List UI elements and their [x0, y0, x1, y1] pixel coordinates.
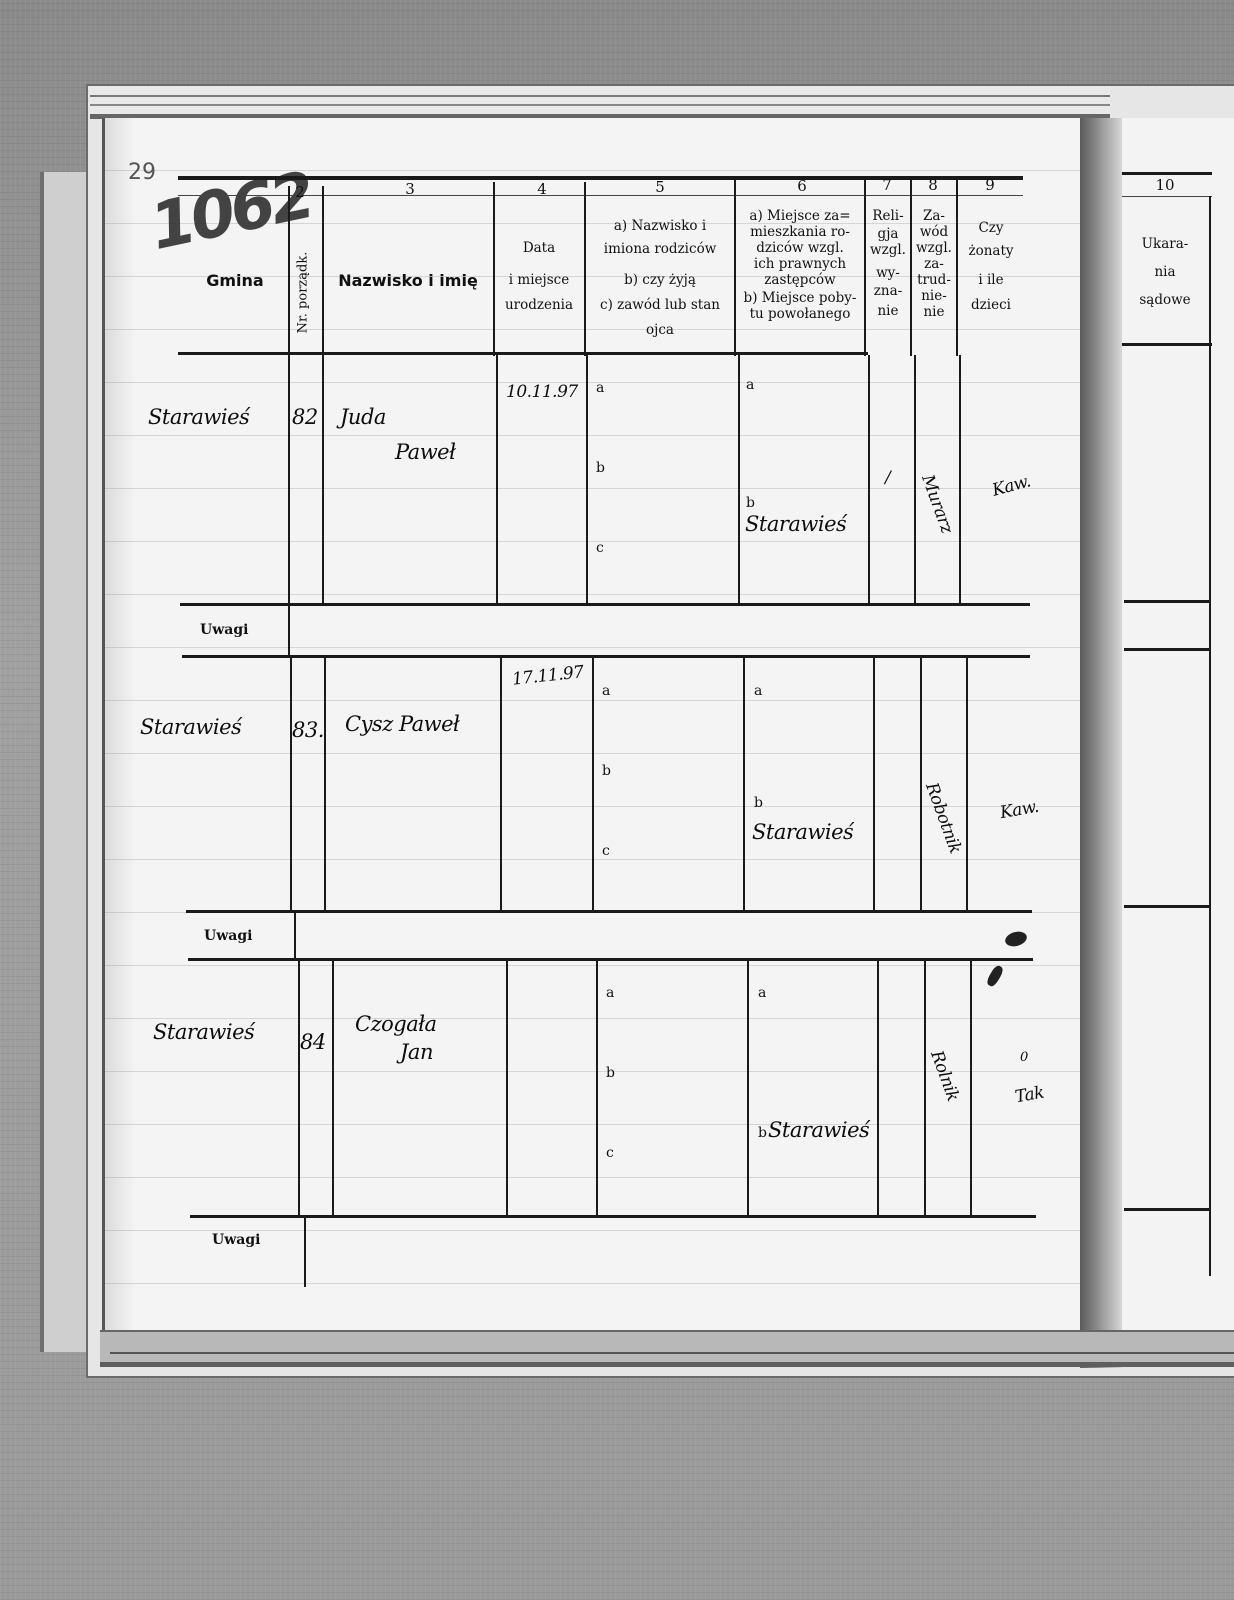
entry-name-line1: Czogała [355, 1012, 437, 1036]
book-bottom-edge [100, 1330, 1234, 1367]
header-col6-a5: zastępców [737, 272, 863, 289]
col10-right-rule [1209, 196, 1211, 1276]
row-rule [324, 658, 326, 910]
row-rule [500, 658, 502, 910]
remarks-divider [294, 912, 296, 960]
sub-label-c: c [602, 843, 610, 859]
row-rule [747, 961, 749, 1216]
header-nr-porzadkowy: Nr. porządk. [296, 238, 311, 348]
page-bottom-rule [110, 1352, 1234, 1354]
sub-label-a: a [606, 985, 614, 1001]
column-number-6: 6 [782, 177, 822, 195]
entry-residence-b: Starawieś [745, 512, 846, 536]
row-rule [586, 355, 588, 605]
remarks-field-84 [310, 1222, 1030, 1272]
entry-residence-b: Starawieś [752, 820, 853, 844]
residence-label-a: a [754, 683, 762, 699]
entry-name-line2: Jan [400, 1040, 433, 1064]
entry-name-line1: Juda [340, 405, 386, 429]
entry-bottom-rule [186, 910, 1032, 913]
col10-bottom-rule [1122, 343, 1212, 346]
entry-bottom-rule [180, 603, 1030, 606]
header-col9-4: dzieci [958, 297, 1024, 314]
entry-name-line1: Cysz Paweł [345, 712, 459, 736]
header-col-rule [734, 180, 736, 356]
entry-birth-date: 10.11.97 [506, 382, 578, 402]
book-top-edge [90, 86, 1110, 119]
remarks-label: Uwagi [204, 928, 252, 944]
entry-gmina: Starawieś [148, 405, 249, 429]
header-col6-b1: b) Miejsce poby- [737, 290, 863, 307]
col10-top-rule [1122, 172, 1212, 175]
header-col10-3: sądowe [1125, 292, 1205, 309]
col10-number-rule [1122, 196, 1212, 197]
residence-label-b: b [754, 795, 763, 811]
column-number-5: 5 [640, 178, 680, 196]
header-col10-2: nia [1125, 264, 1205, 281]
remarks-label: Uwagi [212, 1232, 260, 1248]
header-col5-a2: imiona rodziców [587, 241, 733, 258]
header-data-line1: Data [496, 240, 582, 257]
header-data-line2: i miejsce [496, 272, 582, 289]
header-col7-1: Reli- [866, 208, 910, 225]
header-col8-7: nie [912, 304, 956, 321]
entry-gmina: Starawieś [140, 715, 241, 739]
row-rule [966, 658, 968, 910]
header-col-rule [584, 182, 586, 356]
header-col-rule [322, 186, 324, 356]
row-rule [288, 355, 290, 605]
row-rule [877, 961, 879, 1216]
header-col-rule [288, 186, 290, 356]
header-col6-a1: a) Miejsce za= [737, 208, 863, 225]
header-col-rule [956, 180, 958, 356]
header-col5-a: a) Nazwisko i [587, 218, 733, 235]
column-number-3: 3 [390, 180, 430, 198]
header-col8-5: trud- [912, 272, 956, 289]
entry-nr: 84 [300, 1030, 326, 1054]
entry-name-line2: Paweł [395, 440, 455, 464]
column-number-4: 4 [522, 180, 562, 198]
header-col5-c2: ojca [587, 322, 733, 339]
residence-label-a: a [746, 377, 754, 393]
header-col6-a4: ich prawnych [737, 256, 863, 273]
header-col9-1: Czy [958, 220, 1024, 237]
row-rule [496, 355, 498, 605]
column-number-2: 2 [280, 183, 320, 201]
header-col5-c: c) zawód lub stan [587, 297, 733, 314]
row-rule [298, 961, 300, 1216]
row-rule [743, 658, 745, 910]
entry-bottom-rule [190, 1215, 1036, 1218]
header-col8-3: wzgl. [912, 240, 956, 257]
col10-entry-rule [1124, 600, 1210, 603]
header-col10-1: Ukara- [1125, 236, 1205, 253]
remarks-divider [304, 1217, 306, 1287]
row-rule [596, 961, 598, 1216]
row-rule [924, 961, 926, 1216]
sub-label-b: b [606, 1065, 615, 1081]
column-number-9: 9 [975, 176, 1005, 194]
row-rule [322, 355, 324, 605]
row-rule [920, 658, 922, 910]
entry-gmina: Starawieś [153, 1020, 254, 1044]
remarks-bottom-rule [182, 655, 1030, 658]
sub-label-a: a [602, 683, 610, 699]
header-col9-2: żonaty [958, 243, 1024, 260]
remarks-label: Uwagi [200, 622, 248, 638]
header-col6-b2: tu powołanego [737, 306, 863, 323]
entry-nr: 83. [292, 718, 324, 742]
remarks-bottom-rule [188, 958, 1033, 961]
header-col8-2: wód [912, 224, 956, 241]
header-gmina: Gmina [185, 272, 285, 289]
residence-label-b: b [746, 495, 755, 511]
header-data-line3: urodzenia [496, 297, 582, 314]
header-col-rule [493, 182, 495, 356]
entry-married-note: 0 [1020, 1050, 1028, 1065]
sub-label-c: c [596, 540, 604, 556]
sub-label-b: b [596, 460, 605, 476]
header-col7-2: gja [866, 226, 910, 243]
col10-entry-rule [1124, 1208, 1210, 1211]
header-col7-5: zna- [866, 283, 910, 300]
header-col8-1: Za- [912, 208, 956, 225]
remarks-divider [288, 606, 290, 656]
col10-remarks-rule [1124, 648, 1210, 651]
row-rule [290, 658, 292, 910]
residence-label-a: a [758, 985, 766, 1001]
row-rule [332, 961, 334, 1216]
column-number-8: 8 [918, 176, 948, 194]
sub-label-c: c [606, 1145, 614, 1161]
row-rule [738, 355, 740, 605]
header-col6-a2: mieszkania ro- [737, 224, 863, 241]
column-number-10: 10 [1140, 176, 1190, 194]
book-gutter [1080, 118, 1122, 1368]
row-rule [959, 355, 961, 605]
residence-label-b: b [758, 1125, 767, 1141]
remarks-field-83 [300, 915, 1020, 955]
header-col8-4: za- [912, 256, 956, 273]
entry-residence-b: Starawieś [768, 1118, 869, 1142]
remarks-field-82 [295, 610, 1015, 650]
header-col6-a3: dziców wzgl. [737, 240, 863, 257]
row-rule [868, 355, 870, 605]
header-col7-4: wy- [866, 265, 910, 282]
row-rule [970, 961, 972, 1216]
row-rule [506, 961, 508, 1216]
header-col9-3: i ile [958, 272, 1024, 289]
column-number-7: 7 [872, 176, 902, 194]
entry-nr: 82 [292, 405, 318, 429]
header-col8-6: nie- [912, 288, 956, 305]
row-rule [592, 658, 594, 910]
header-col7-6: nie [866, 303, 910, 320]
col10-entry-rule [1124, 905, 1210, 908]
margin-page-number: 29 [128, 160, 156, 185]
header-bottom-rule [178, 352, 868, 355]
header-col7-3: wzgl. [866, 242, 910, 259]
entry-religion: / [885, 468, 890, 488]
header-col5-b: b) czy żyją [587, 272, 733, 289]
sub-label-b: b [602, 763, 611, 779]
row-rule [914, 355, 916, 605]
sub-label-a: a [596, 380, 604, 396]
header-nazwisko-imie: Nazwisko i imię [328, 272, 488, 289]
row-rule [873, 658, 875, 910]
